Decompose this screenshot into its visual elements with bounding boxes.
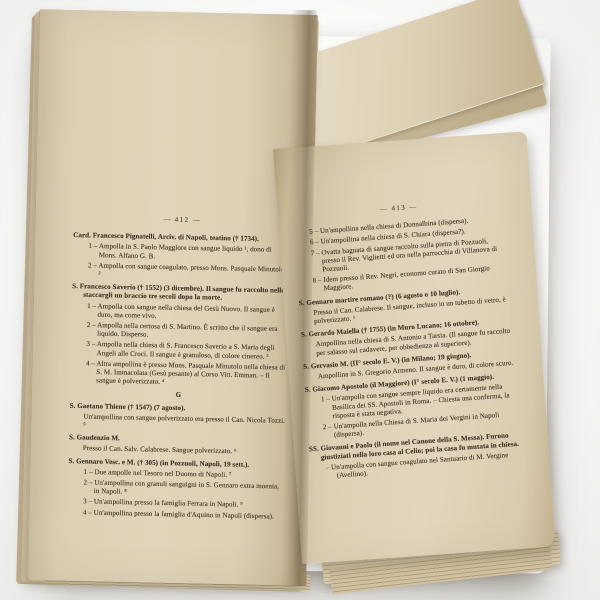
text-run: Un'ampollina presso la famiglia d'Aquino…: [94, 509, 274, 520]
text-run: Un'ampollina con sangue polverizzato era…: [83, 413, 285, 429]
text-run: G: [176, 391, 182, 399]
text-run: S. Gaudenzio M.: [69, 434, 120, 443]
right-page-text: — 413 — 5 – Un'ampollina nella chiesa di…: [292, 197, 523, 484]
text-run: Un'ampollina presso la famiglia Ferrara …: [94, 498, 243, 509]
text-run: S. Francesco Saverio († 1552) (3 dicembr…: [72, 283, 285, 302]
text-run: Due ampolle nel Tesoro nel Duomo di Napo…: [94, 468, 231, 479]
paragraph: Presso il Can. Salv. Calabrese. Sangue p…: [83, 445, 286, 458]
list-item: 2 – Un'ampollina con granuli sanguigni i…: [83, 479, 285, 500]
list-item: 1 – Ampolla con sangue nella chiesa del …: [87, 302, 289, 323]
page-number-left: — 412 —: [74, 214, 291, 227]
text-run: Ampolla con sangue coagulato, presso Mon…: [98, 262, 286, 278]
list-item: 3 – Ampolla nella chiesa di S. Francesco…: [86, 341, 288, 362]
left-page: — 412 — Card. Francesco Pignatelli, Arci…: [27, 9, 318, 586]
text-run: Ampolla con sangue nella chiesa del Gesù…: [97, 302, 275, 319]
item-number: 2 –: [83, 479, 94, 487]
text-run: Altra ampollina è presso Mons. Pasquale …: [96, 360, 285, 386]
item-number: 1 –: [88, 243, 99, 251]
text-run: S. Gaetano Thiene († 1547) (7 agosto).: [70, 402, 186, 412]
left-page-text: — 412 — Card. Francesco Pignatelli, Arci…: [67, 214, 290, 524]
item-number: 3 –: [86, 341, 97, 349]
text-run: S. Gennaro Vesc. e M. († 305) (in Pozzuo…: [68, 457, 249, 468]
text-run: Ampolla in S. Paolo Maggiore con sangue …: [99, 243, 272, 260]
item-number: 4 –: [83, 509, 94, 517]
book-photo: — 412 — Card. Francesco Pignatelli, Arci…: [0, 0, 600, 600]
item-number: 3 –: [83, 498, 94, 506]
saint-entry: S. Francesco Saverio († 1552) (3 dicembr…: [72, 283, 289, 305]
list-item: 2 – Ampolla nella certosa di S. Martino.…: [87, 321, 289, 342]
right-page: — 413 — 5 – Un'ampollina nella chiesa di…: [273, 131, 555, 564]
item-number: 1 –: [84, 468, 95, 476]
list-item: 2 – Ampolla con sangue coagulato, presso…: [88, 262, 290, 283]
text-run: Un'ampollina con granuli sanguigni in S.…: [94, 479, 279, 496]
section-letter: G: [70, 389, 287, 402]
list-item: 4 – Altra ampollina è presso Mons. Pasqu…: [86, 360, 288, 390]
item-number: 1 –: [87, 302, 98, 310]
item-number: 2 –: [87, 321, 98, 329]
item-number: 4 –: [86, 360, 97, 368]
text-run: Ampolla nella certosa di S. Martino. È s…: [97, 322, 278, 339]
paragraph: Un'ampollina con sangue polverizzato era…: [83, 413, 286, 434]
list-item: 1 – Ampolla in S. Paolo Maggiore con san…: [88, 243, 290, 264]
text-run: Ampolla nella chiesa di S. Francesco Sav…: [97, 341, 275, 361]
text-run: Card. Francesco Pignatelli, Arciv. di Na…: [73, 232, 259, 244]
item-number: 2 –: [88, 262, 99, 270]
list-item: 4 – Un'ampollina presso la famiglia d'Aq…: [83, 509, 285, 522]
text-run: Presso il Can. Salv. Calabrese. Sangue p…: [83, 445, 237, 456]
